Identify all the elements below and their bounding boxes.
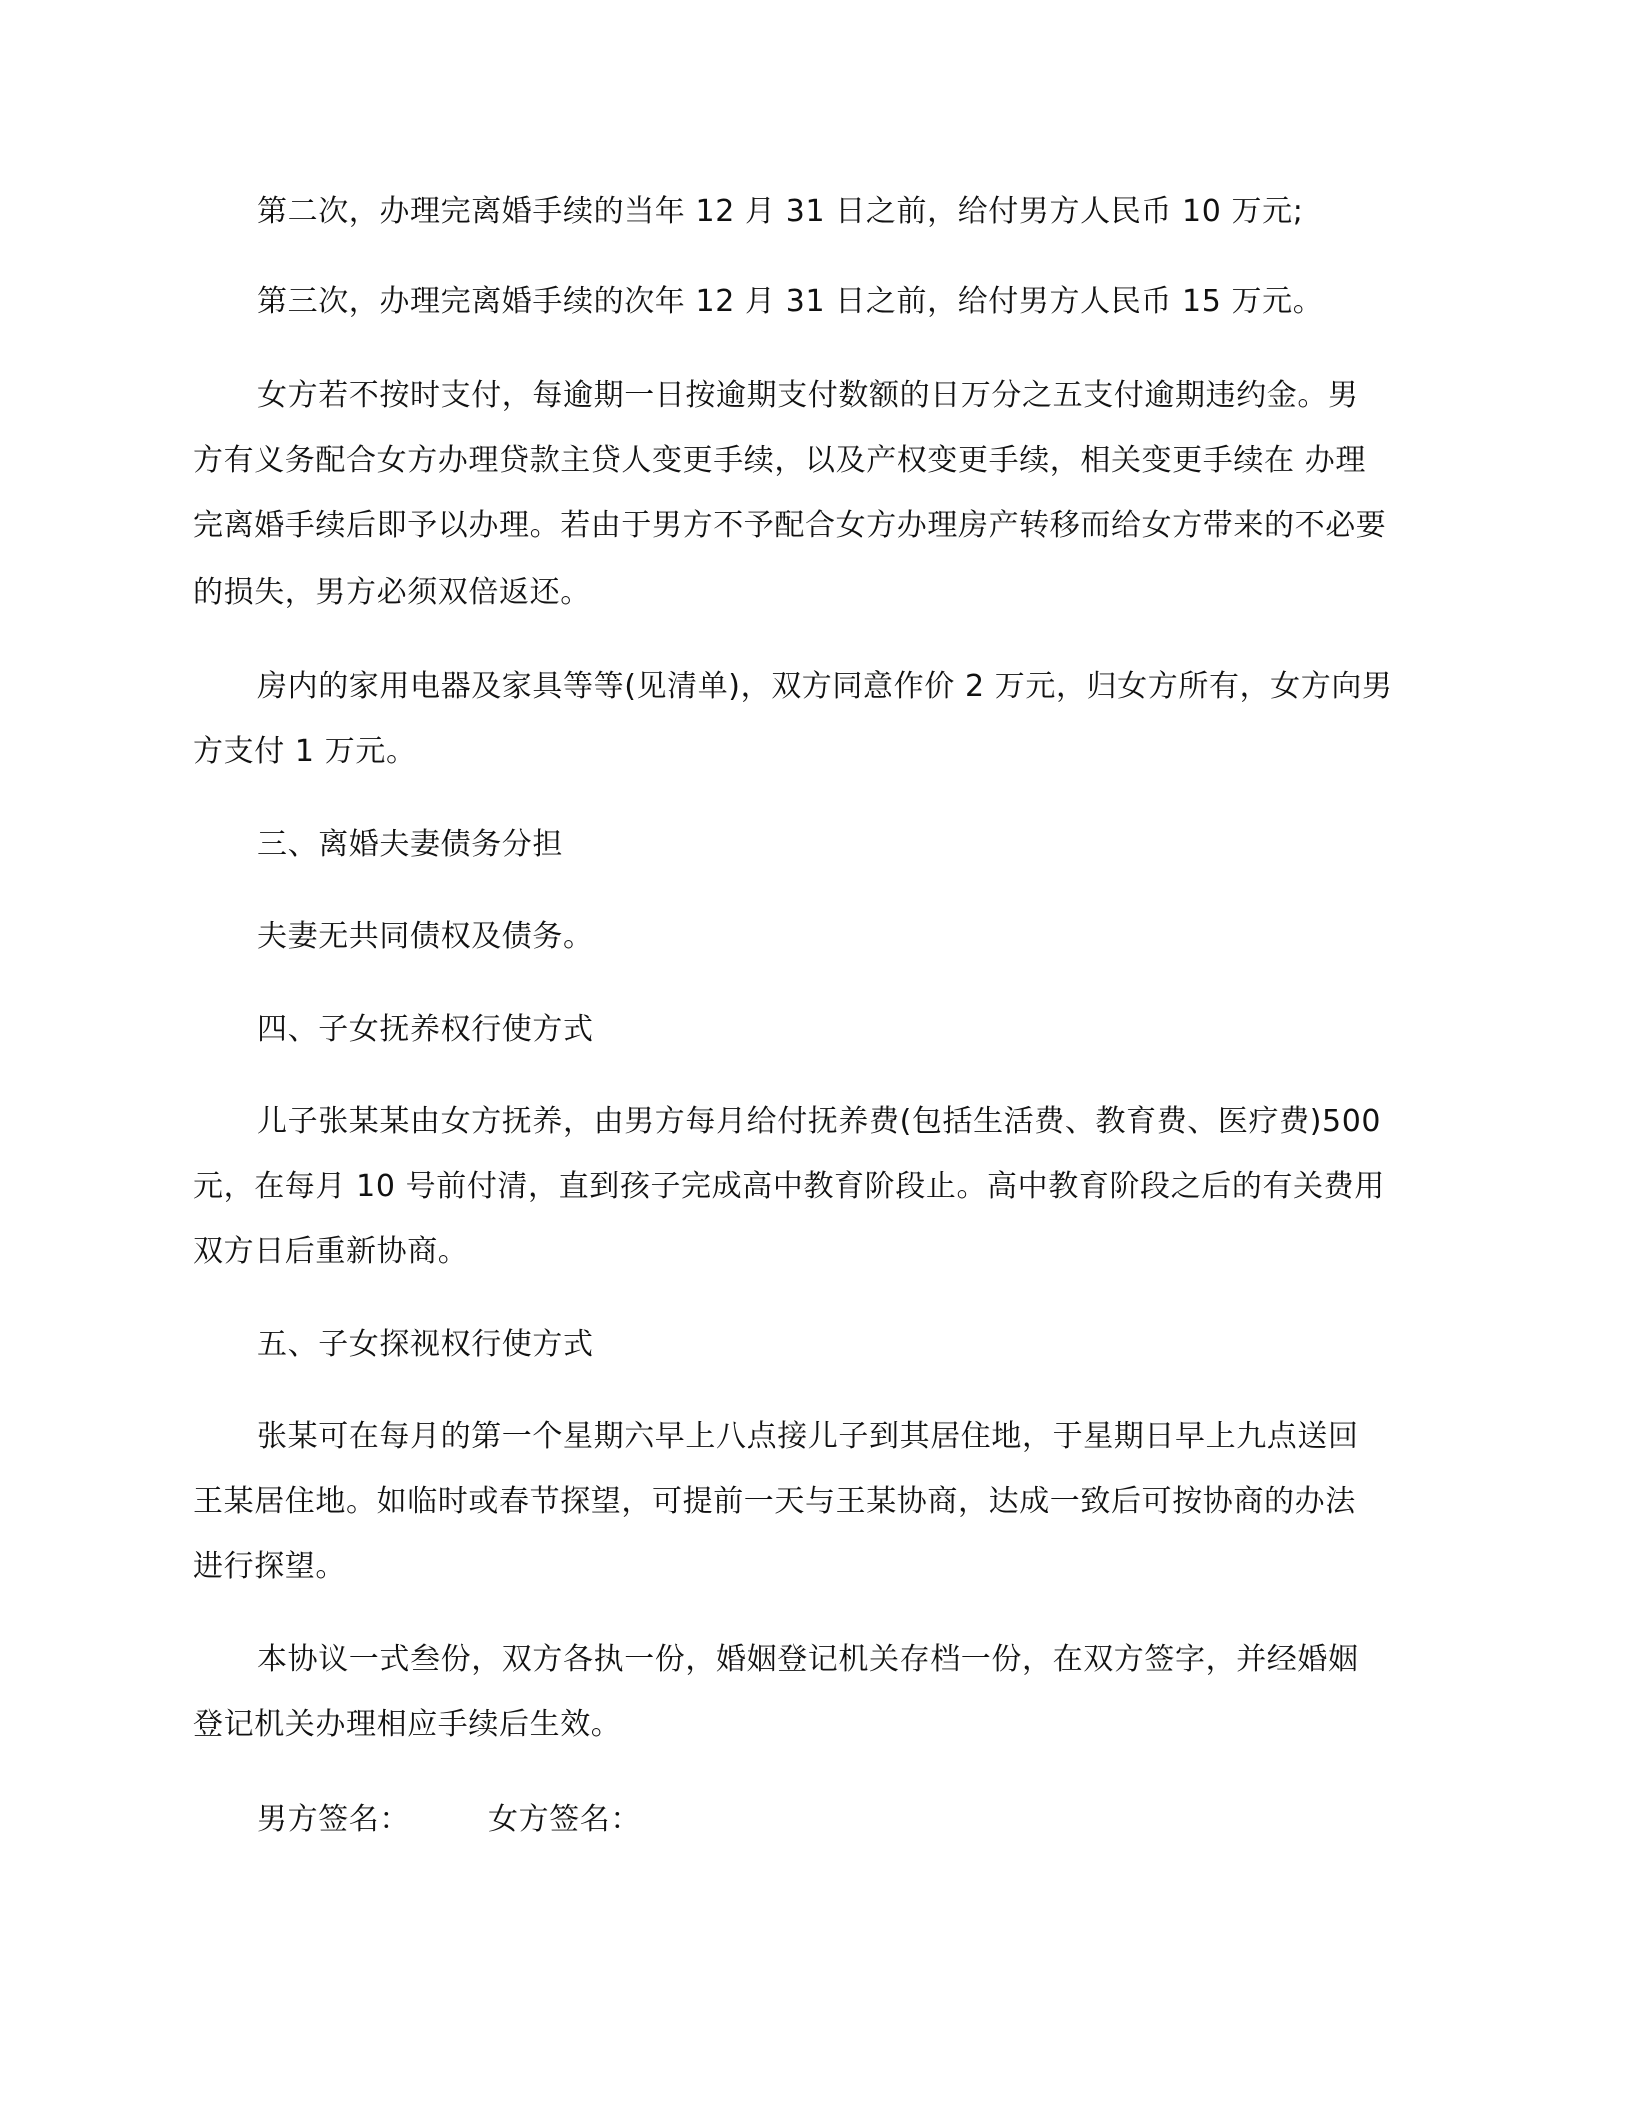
male-signature-label: 男方签名： — [257, 1800, 410, 1840]
furniture-paragraph-line-2: 方支付 1 万元。 — [193, 732, 417, 772]
penalty-paragraph-line-3: 完离婚手续后即予以办理。若由于男方不予配合女方办理房产转移而给女方带来的不必要 — [193, 506, 1386, 546]
visitation-paragraph-line-2: 王某居住地。如临时或春节探望，可提前一天与王某协商，达成一致后可按协商的办法 — [193, 1482, 1356, 1522]
penalty-paragraph-line-4: 的损失，男方必须双倍返还。 — [193, 573, 591, 613]
female-signature-label: 女方签名： — [488, 1800, 641, 1840]
section-heading-visitation: 五、子女探视权行使方式 — [257, 1325, 594, 1365]
penalty-paragraph-line-1: 女方若不按时支付，每逾期一日按逾期支付数额的日万分之五支付逾期违约金。男 — [257, 376, 1359, 416]
custody-paragraph-line-3: 双方日后重新协商。 — [193, 1232, 468, 1272]
custody-paragraph-line-2: 元，在每月 10 号前付清，直到孩子完成高中教育阶段止。高中教育阶段之后的有关费… — [193, 1167, 1385, 1207]
furniture-paragraph-line-1: 房内的家用电器及家具等等(见清单)，双方同意作价 2 万元，归女方所有，女方向男 — [257, 667, 1393, 707]
effect-paragraph-line-2: 登记机关办理相应手续后生效。 — [193, 1705, 621, 1745]
debts-paragraph: 夫妻无共同债权及债务。 — [257, 917, 594, 957]
custody-paragraph-line-1: 儿子张某某由女方抚养，由男方每月给付抚养费(包括生活费、教育费、医疗费)500 — [257, 1102, 1381, 1142]
effect-paragraph-line-1: 本协议一式叁份，双方各执一份，婚姻登记机关存档一份，在双方签字，并经婚姻 — [257, 1640, 1359, 1680]
section-heading-custody: 四、子女抚养权行使方式 — [257, 1010, 594, 1050]
penalty-paragraph-line-2: 方有义务配合女方办理贷款主贷人变更手续，以及产权变更手续，相关变更手续在 办理 — [193, 441, 1366, 481]
visitation-paragraph-line-1: 张某可在每月的第一个星期六早上八点接儿子到其居住地，于星期日早上九点送回 — [257, 1417, 1359, 1457]
payment-third-line: 第三次，办理完离婚手续的次年 12 月 31 日之前，给付男方人民币 15 万元… — [257, 282, 1323, 322]
payment-second-line: 第二次，办理完离婚手续的当年 12 月 31 日之前，给付男方人民币 10 万元… — [257, 192, 1303, 232]
section-heading-debts: 三、离婚夫妻债务分担 — [257, 825, 563, 865]
visitation-paragraph-line-3: 进行探望。 — [193, 1547, 346, 1587]
